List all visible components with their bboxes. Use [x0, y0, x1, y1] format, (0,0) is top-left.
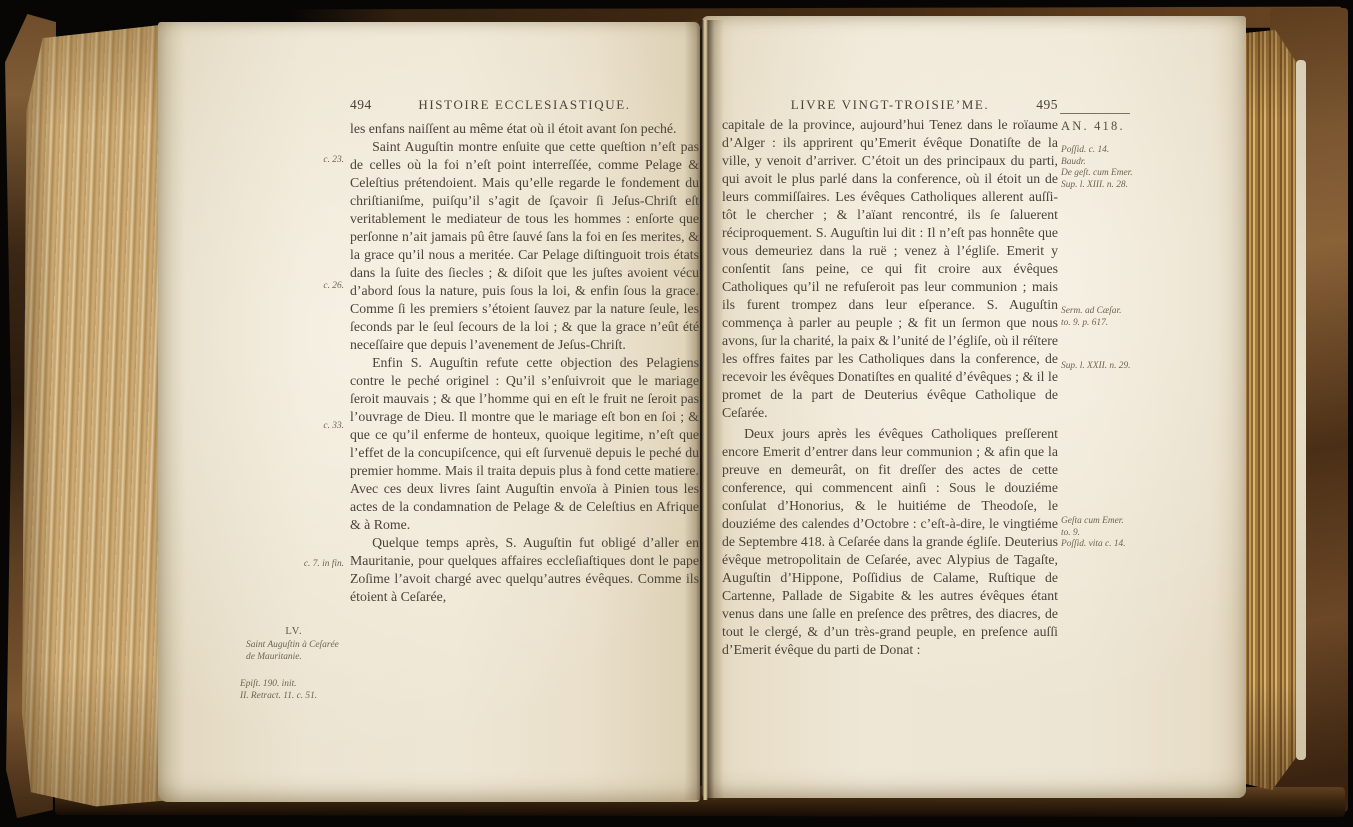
margin-year-rule	[1060, 113, 1130, 116]
page-edges-right	[1238, 30, 1300, 790]
right-page-header: LIVRE VINGT-TROISIE’ME. 495	[722, 97, 1058, 115]
margin-section-number: LV.	[244, 626, 344, 638]
margin-ref-line: Sup. l. XXII. n. 29.	[1061, 361, 1147, 373]
margin-note-references: Sup. l. XXII. n. 29.	[1061, 361, 1147, 373]
page-number: 495	[1036, 97, 1058, 113]
book-photo: 494 HISTOIRE ECCLESIASTIQUE. les enfans …	[0, 0, 1353, 827]
margin-note-chapter-ref: c. 33.	[238, 421, 344, 433]
margin-ref-line: Serm. ad Cæſar.	[1061, 306, 1147, 318]
margin-ref-line: Poſſid. c. 14.	[1061, 145, 1147, 157]
margin-note-references: Serm. ad Cæſar. to. 9. p. 617.	[1061, 306, 1147, 329]
margin-ref-line: to. 9. p. 617.	[1061, 318, 1147, 330]
running-title: HISTOIRE ECCLESIASTIQUE.	[350, 97, 699, 113]
body-paragraph: Saint Auguſtin montre enſuite que cette …	[350, 138, 699, 354]
page-edge-sliver	[1296, 60, 1306, 760]
page-number: 494	[350, 97, 372, 113]
running-title: LIVRE VINGT-TROISIE’ME.	[722, 97, 1058, 113]
margin-section-title: Saint Auguſtin à Ceſarée de Mauritanie.	[246, 640, 346, 663]
body-paragraph: Deux jours après les évêques Catholiques…	[722, 425, 1058, 659]
margin-note-chapter-ref: c. 26.	[238, 281, 344, 293]
margin-note-references: Epiſt. 190. init. II. Retract. 11. c. 51…	[240, 679, 344, 702]
body-paragraph: capitale de la province, aujourd’hui Ten…	[722, 116, 1058, 422]
margin-year-note: AN. 418.	[1061, 121, 1151, 133]
left-page-header: 494 HISTOIRE ECCLESIASTIQUE.	[350, 97, 699, 115]
margin-ref-line: Baudr.	[1061, 157, 1147, 169]
margin-note-chapter-ref: c. 23.	[238, 155, 344, 167]
left-page-text-column: les enfans naiſſent au même état où il é…	[350, 120, 699, 606]
margin-note-references: Geſta cum Emer. to. 9. Poſſid. vita c. 1…	[1061, 516, 1153, 551]
page-edges-left	[22, 16, 170, 808]
margin-ref-line: De geſt. cum Emer.	[1061, 168, 1147, 180]
margin-note-chapter-ref: c. 7. in fin.	[238, 559, 344, 571]
margin-ref-line: Sup. l. XIII. n. 28.	[1061, 180, 1147, 192]
margin-ref-line: Epiſt. 190. init.	[240, 679, 344, 691]
margin-ref-line: to. 9.	[1061, 528, 1153, 540]
body-paragraph: les enfans naiſſent au même état où il é…	[350, 120, 699, 138]
right-page-text-column: capitale de la province, aujourd’hui Ten…	[722, 116, 1058, 659]
margin-note-references: Poſſid. c. 14. Baudr. De geſt. cum Emer.…	[1061, 145, 1147, 191]
margin-ref-line: II. Retract. 11. c. 51.	[240, 691, 344, 703]
body-paragraph: Quelque temps après, S. Auguſtin fut obl…	[350, 534, 699, 606]
margin-ref-line: Geſta cum Emer.	[1061, 516, 1153, 528]
body-paragraph: Enfin S. Auguſtin refute cette objection…	[350, 354, 699, 534]
margin-ref-line: Poſſid. vita c. 14.	[1061, 539, 1153, 551]
